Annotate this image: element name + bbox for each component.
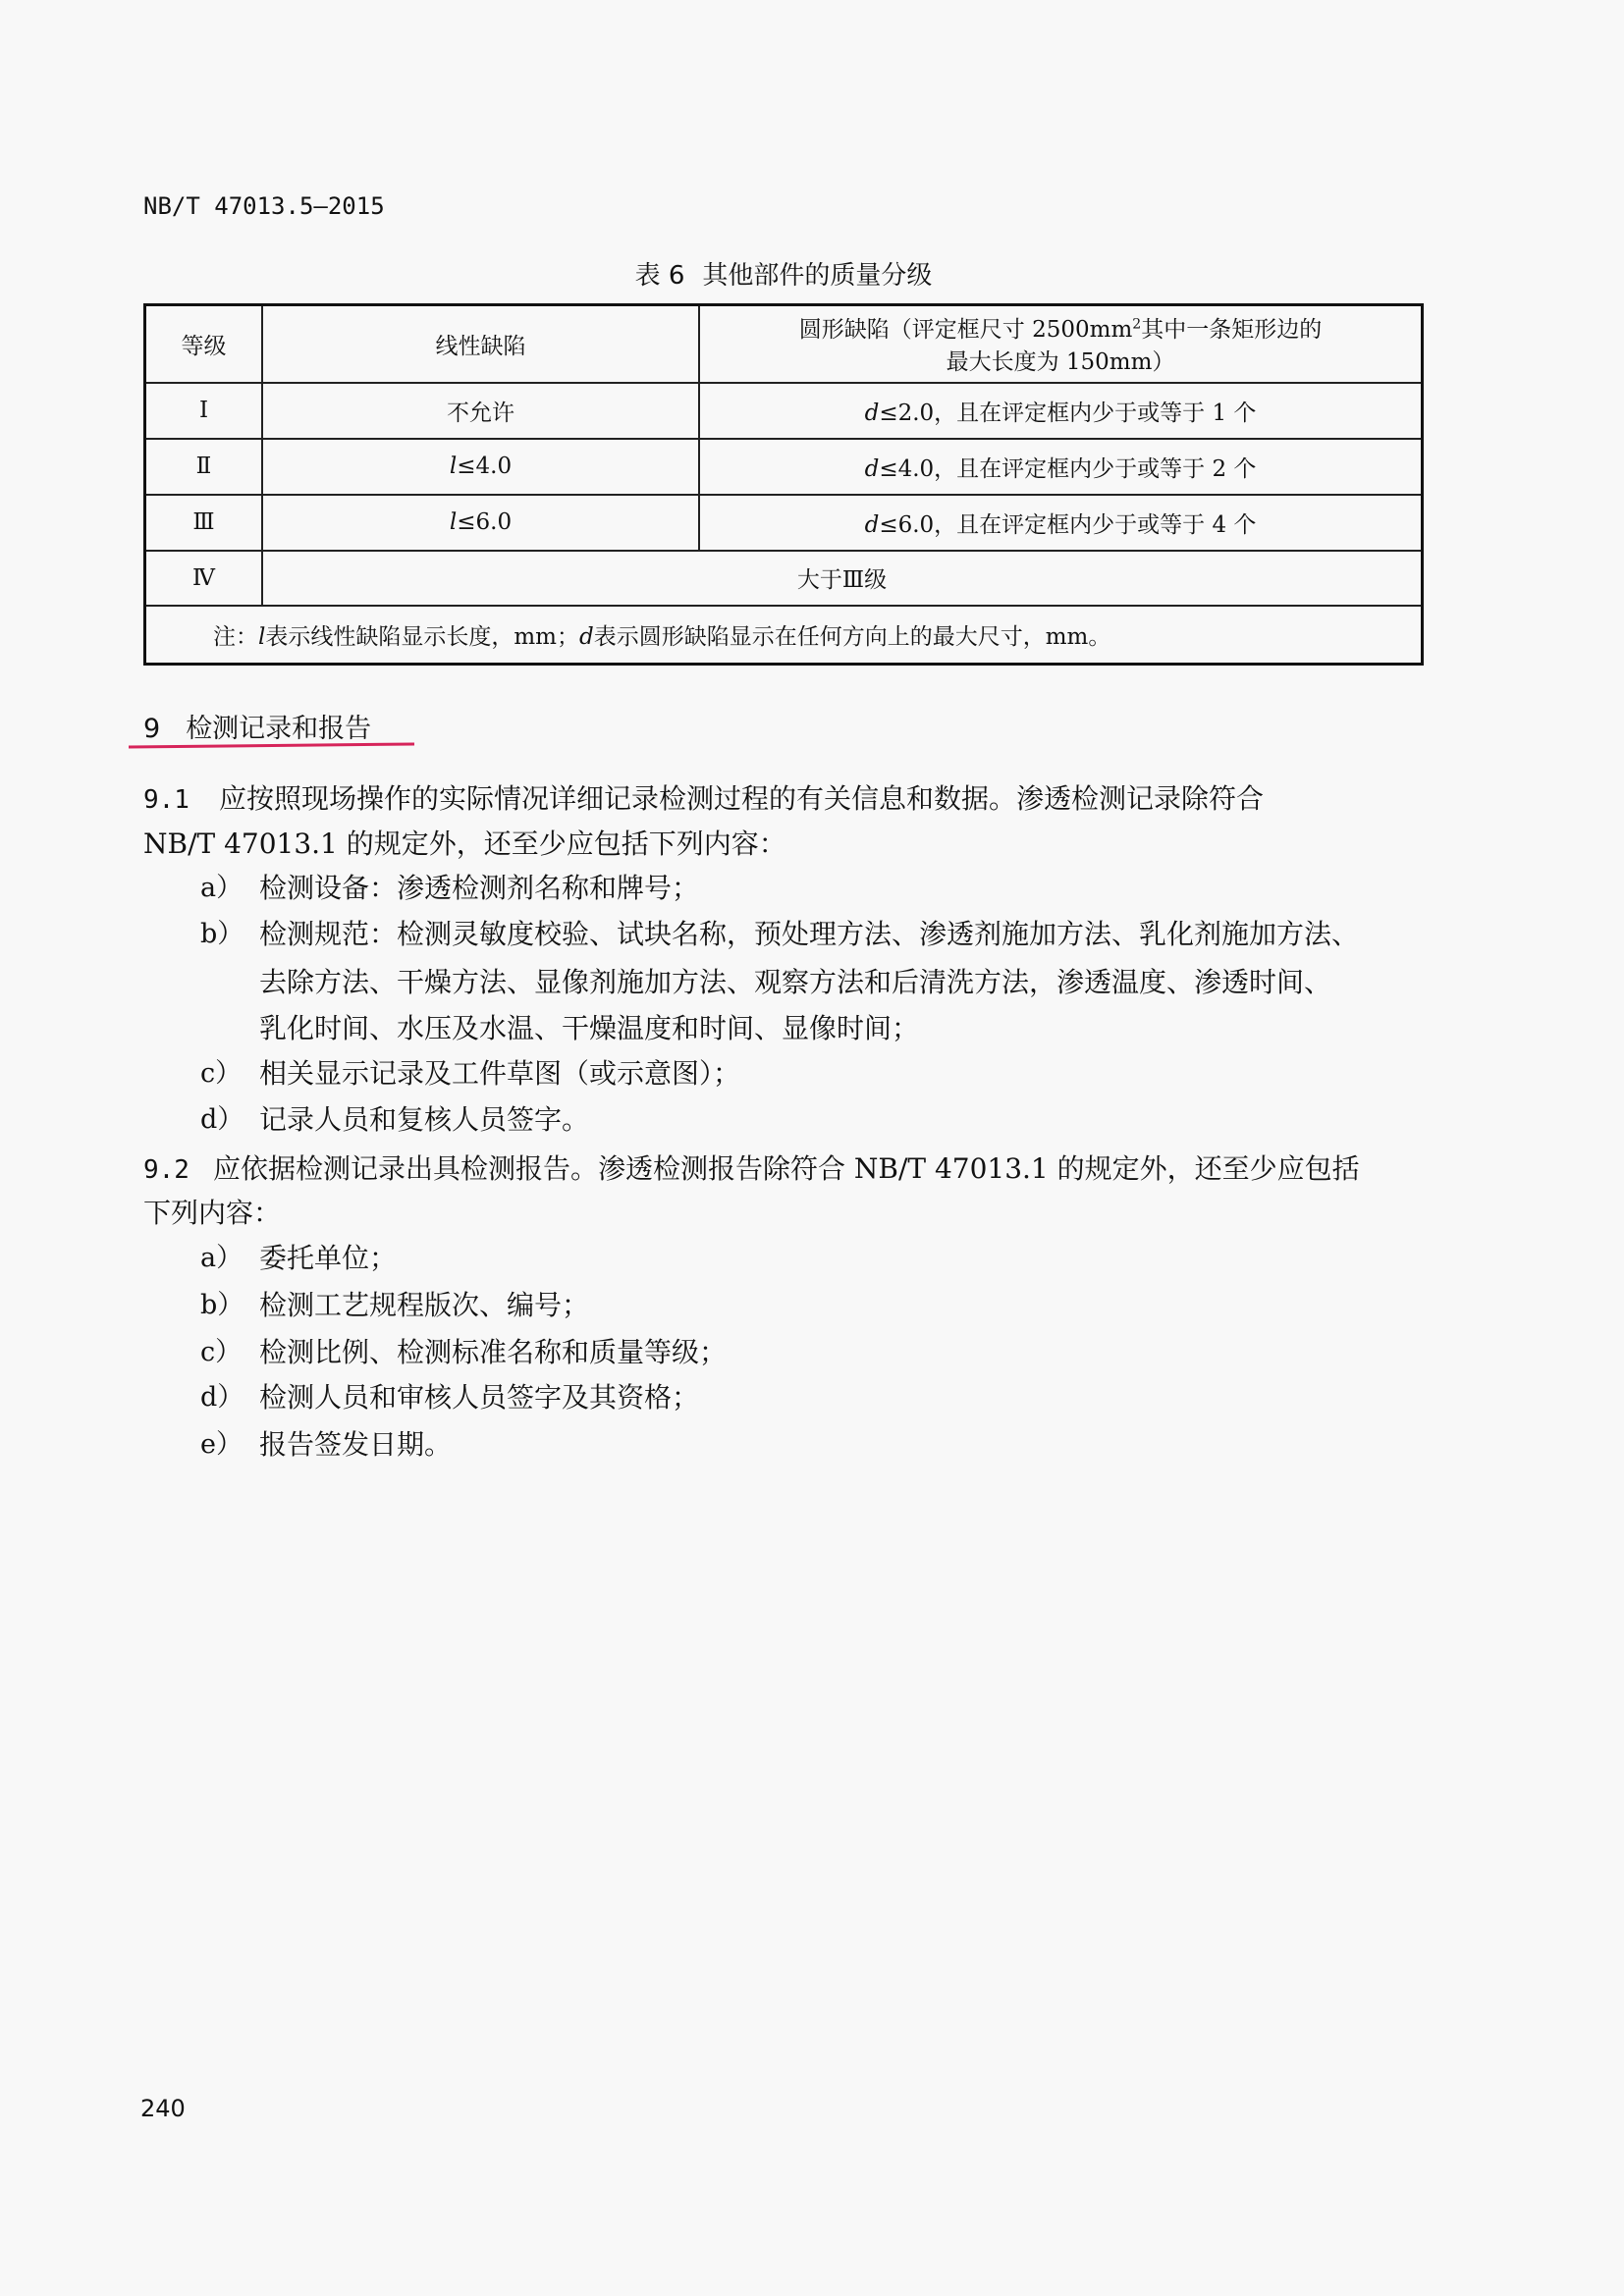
linear-value: ≤6.0 bbox=[457, 509, 512, 535]
linear-cell: l≤6.0 bbox=[262, 495, 699, 551]
rounded-value: ≤6.0，且在评定框内少于或等于 4 个 bbox=[879, 512, 1256, 538]
linear-cell: l≤4.0 bbox=[262, 439, 699, 495]
rounded-value: ≤4.0，且在评定框内少于或等于 2 个 bbox=[879, 456, 1256, 482]
merged-cell: 大于Ⅲ级 bbox=[262, 551, 1423, 606]
var-d: d bbox=[865, 400, 880, 426]
list-label: a） bbox=[200, 1235, 243, 1281]
header-rounded-text-line2: 最大长度为 150mm） bbox=[700, 344, 1421, 376]
rounded-cell: d≤4.0，且在评定框内少于或等于 2 个 bbox=[699, 439, 1423, 495]
list-item-continuation: 去除方法、干燥方法、显像剂施加方法、观察方法和后清洗方法，渗透温度、渗透时间、 bbox=[259, 959, 1331, 1005]
table-row: Ⅰ 不允许 d≤2.0，且在评定框内少于或等于 1 个 bbox=[145, 383, 1423, 439]
note-text-1: 表示线性缺陷显示长度，mm； bbox=[265, 624, 579, 650]
section-heading: 9检测记录和报告 bbox=[143, 707, 371, 745]
clause-9-2-line-1: 9.2应依据检测记录出具检测报告。渗透检测报告除符合 NB/T 47013.1 … bbox=[143, 1146, 1360, 1194]
table-note-row: 注：l表示线性缺陷显示长度，mm；d表示圆形缺陷显示在任何方向上的最大尺寸，mm… bbox=[145, 606, 1423, 665]
var-d: d bbox=[865, 456, 880, 482]
header-rounded-text-b: 其中一条矩形边的 bbox=[1141, 317, 1322, 343]
table-row: Ⅱ l≤4.0 d≤4.0，且在评定框内少于或等于 2 个 bbox=[145, 439, 1423, 495]
list-label: d） bbox=[200, 1374, 244, 1420]
list-item: 检测人员和审核人员签字及其资格； bbox=[259, 1374, 699, 1420]
clause-text: 应依据检测记录出具检测报告。渗透检测报告除符合 NB/T 47013.1 的规定… bbox=[213, 1152, 1360, 1185]
list-label: c） bbox=[200, 1050, 242, 1096]
grade-cell: Ⅰ bbox=[145, 383, 263, 439]
table-row: Ⅲ l≤6.0 d≤6.0，且在评定框内少于或等于 4 个 bbox=[145, 495, 1423, 551]
table-header-row: 等级 线性缺陷 圆形缺陷（评定框尺寸 2500mm2其中一条矩形边的 最大长度为… bbox=[145, 305, 1423, 383]
rounded-cell: d≤2.0，且在评定框内少于或等于 1 个 bbox=[699, 383, 1423, 439]
list-label: a） bbox=[200, 865, 243, 911]
clause-9-2-line-2: 下列内容： bbox=[143, 1190, 281, 1236]
list-label: b） bbox=[200, 911, 244, 957]
table-note: 注：l表示线性缺陷显示长度，mm；d表示圆形缺陷显示在任何方向上的最大尺寸，mm… bbox=[145, 606, 1423, 665]
var-d: d bbox=[865, 512, 880, 538]
list-item: 检测规范：检测灵敏度校验、试块名称，预处理方法、渗透剂施加方法、乳化剂施加方法、 bbox=[259, 911, 1359, 957]
clause-9-1-line-1: 9.1应按照现场操作的实际情况详细记录检测过程的有关信息和数据。渗透检测记录除符… bbox=[143, 775, 1264, 824]
grade-cell: Ⅱ bbox=[145, 439, 263, 495]
clause-number: 9.1 bbox=[143, 785, 189, 815]
list-label: c） bbox=[200, 1329, 242, 1375]
header-rounded-text-a: 圆形缺陷（评定框尺寸 2500mm bbox=[799, 317, 1132, 343]
header-grade: 等级 bbox=[145, 305, 263, 383]
quality-grade-table: 等级 线性缺陷 圆形缺陷（评定框尺寸 2500mm2其中一条矩形边的 最大长度为… bbox=[143, 303, 1424, 666]
clause-number: 9.2 bbox=[143, 1155, 189, 1185]
table-caption: 表 6其他部件的质量分级 bbox=[0, 255, 1567, 292]
grade-cell: Ⅲ bbox=[145, 495, 263, 551]
list-item: 检测设备：渗透检测剂名称和牌号； bbox=[259, 865, 699, 911]
note-prefix: 注： bbox=[213, 624, 258, 650]
list-item: 记录人员和复核人员签字。 bbox=[259, 1096, 589, 1143]
linear-cell: 不允许 bbox=[262, 383, 699, 439]
table-row: Ⅳ 大于Ⅲ级 bbox=[145, 551, 1423, 606]
list-item: 相关显示记录及工件草图（或示意图）； bbox=[259, 1050, 740, 1096]
list-label: d） bbox=[200, 1096, 244, 1143]
list-item: 检测比例、检测标准名称和质量等级； bbox=[259, 1329, 727, 1375]
table-caption-title: 其他部件的质量分级 bbox=[702, 261, 932, 291]
section-number: 9 bbox=[143, 714, 160, 744]
var-d: d bbox=[579, 624, 594, 650]
linear-value: 不允许 bbox=[447, 400, 514, 426]
list-label: e） bbox=[200, 1421, 243, 1468]
page-number: 240 bbox=[140, 2095, 186, 2122]
rounded-value: ≤2.0，且在评定框内少于或等于 1 个 bbox=[879, 400, 1256, 426]
linear-value: ≤4.0 bbox=[457, 454, 512, 479]
list-item: 报告签发日期。 bbox=[259, 1421, 452, 1468]
header-rounded-defect: 圆形缺陷（评定框尺寸 2500mm2其中一条矩形边的 最大长度为 150mm） bbox=[699, 305, 1423, 383]
table-caption-number: 表 6 bbox=[635, 261, 685, 291]
clause-9-1-line-2: NB/T 47013.1 的规定外，还至少应包括下列内容： bbox=[143, 821, 786, 867]
section-title: 检测记录和报告 bbox=[186, 714, 371, 744]
grade-cell: Ⅳ bbox=[145, 551, 263, 606]
list-label: b） bbox=[200, 1282, 244, 1328]
superscript-2: 2 bbox=[1132, 317, 1141, 333]
clause-text: 应按照现场操作的实际情况详细记录检测过程的有关信息和数据。渗透检测记录除符合 bbox=[219, 782, 1264, 815]
note-text-2: 表示圆形缺陷显示在任何方向上的最大尺寸，mm。 bbox=[594, 624, 1111, 650]
list-item: 检测工艺规程版次、编号； bbox=[259, 1282, 589, 1328]
rounded-cell: d≤6.0，且在评定框内少于或等于 4 个 bbox=[699, 495, 1423, 551]
header-linear-defect: 线性缺陷 bbox=[262, 305, 699, 383]
list-item: 委托单位； bbox=[259, 1235, 397, 1281]
list-item-continuation: 乳化时间、水压及水温、干燥温度和时间、显像时间； bbox=[259, 1005, 919, 1051]
standard-code-header: NB/T 47013.5—2015 bbox=[143, 192, 385, 220]
